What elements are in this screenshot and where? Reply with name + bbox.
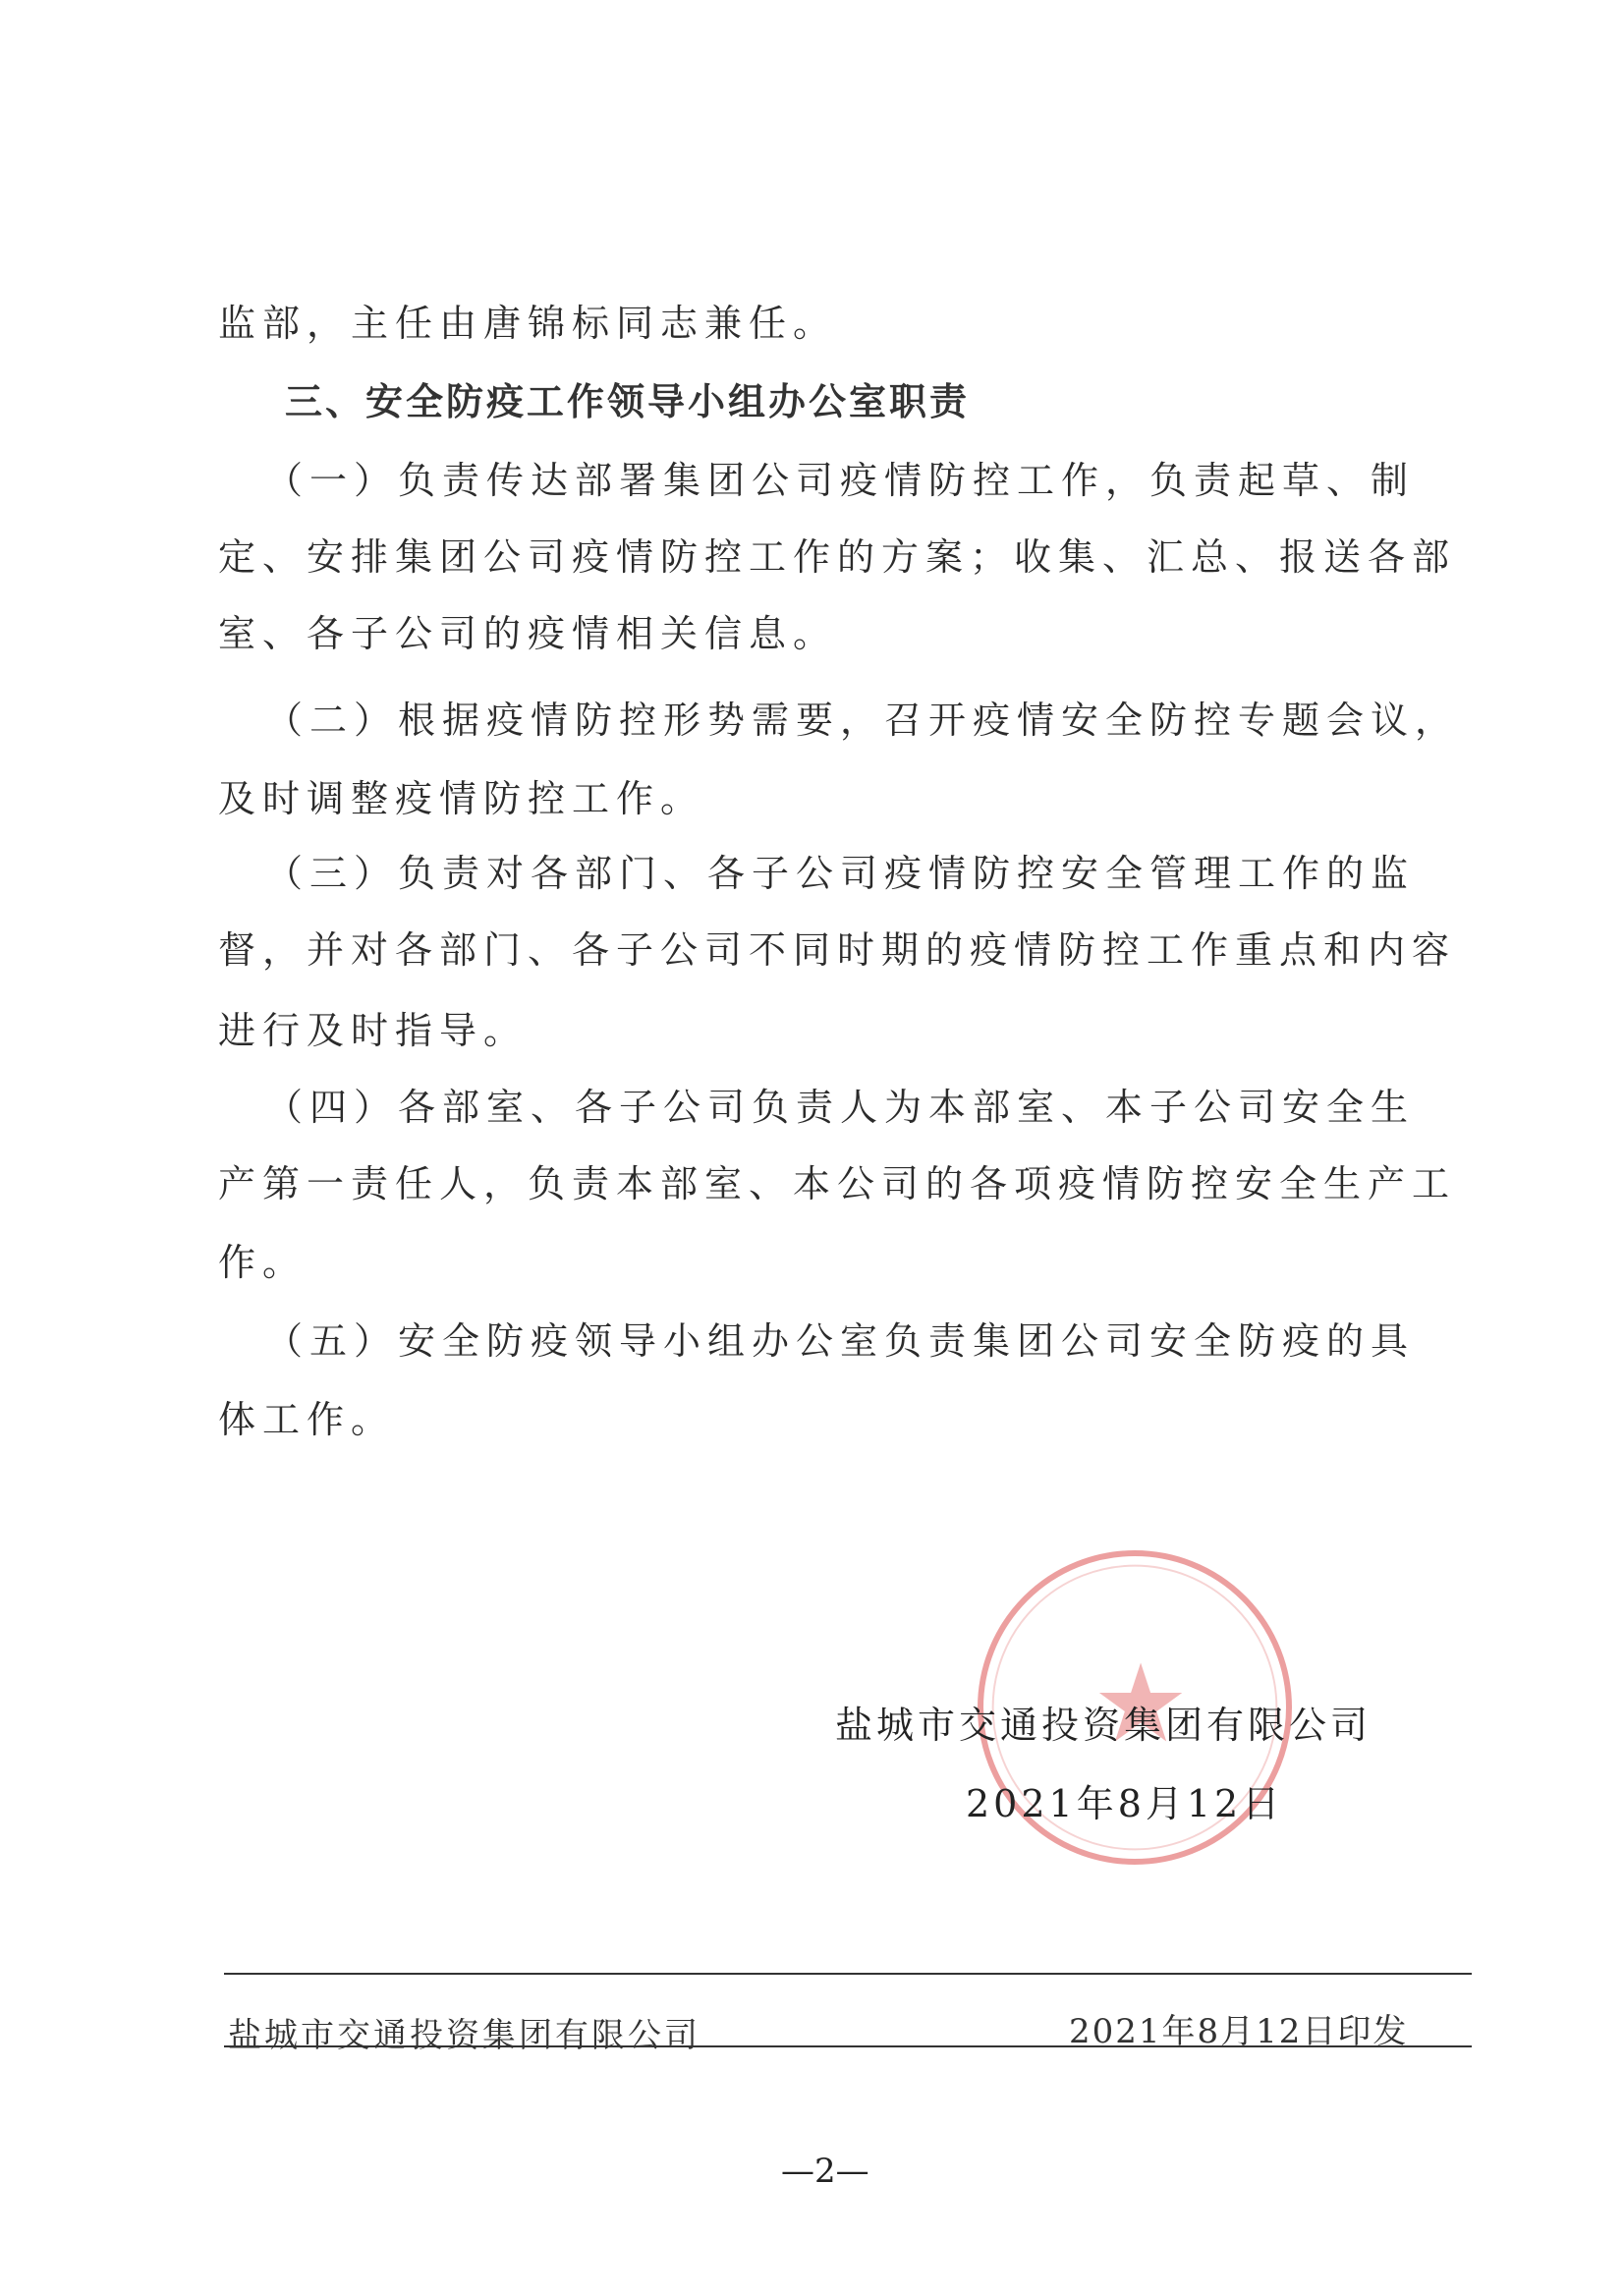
page-number: —2— — [781, 2152, 869, 2191]
text-line: （三）负责对各部门、各子公司疫情防控安全管理工作的监 — [265, 855, 1415, 892]
section-heading: 三、安全防疫工作领导小组办公室职责 — [285, 383, 970, 420]
text-line: 体工作。 — [218, 1401, 395, 1438]
text-line: （五）安全防疫领导小组办公室负责集团公司安全防疫的具 — [265, 1322, 1415, 1360]
text-line: 督，并对各部门、各子公司不同时期的疫情防控工作重点和内容 — [218, 931, 1456, 969]
text-line: （一）负责传达部署集团公司疫情防控工作，负责起草、制 — [265, 462, 1415, 499]
text-line: 进行及时指导。 — [218, 1012, 528, 1049]
footer-top-rule — [224, 1973, 1472, 1975]
text-line: （四）各部室、各子公司负责人为本部室、本子公司安全生 — [265, 1089, 1415, 1126]
footer-bottom-rule — [224, 2045, 1472, 2047]
text-line: 作。 — [218, 1244, 307, 1281]
text-line: （二）根据疫情防控形势需要，召开疫情安全防控专题会议， — [265, 701, 1459, 739]
text-line: 及时调整疫情防控工作。 — [218, 780, 704, 817]
text-line: 产第一责任人，负责本部室、本公司的各项疫情防控安全生产工 — [218, 1165, 1456, 1203]
signature-date: 2021年8月12日 — [966, 1773, 1283, 1827]
text-line: 定、安排集团公司疫情防控工作的方案；收集、汇总、报送各部 — [218, 538, 1456, 576]
footer-issuer: 盐城市交通投资集团有限公司 — [228, 2008, 700, 2056]
text-line: 监部，主任由唐锦标同志兼任。 — [218, 305, 837, 342]
signature-organization: 盐城市交通投资集团有限公司 — [835, 1695, 1372, 1749]
text-line: 室、各子公司的疫情相关信息。 — [218, 615, 837, 652]
